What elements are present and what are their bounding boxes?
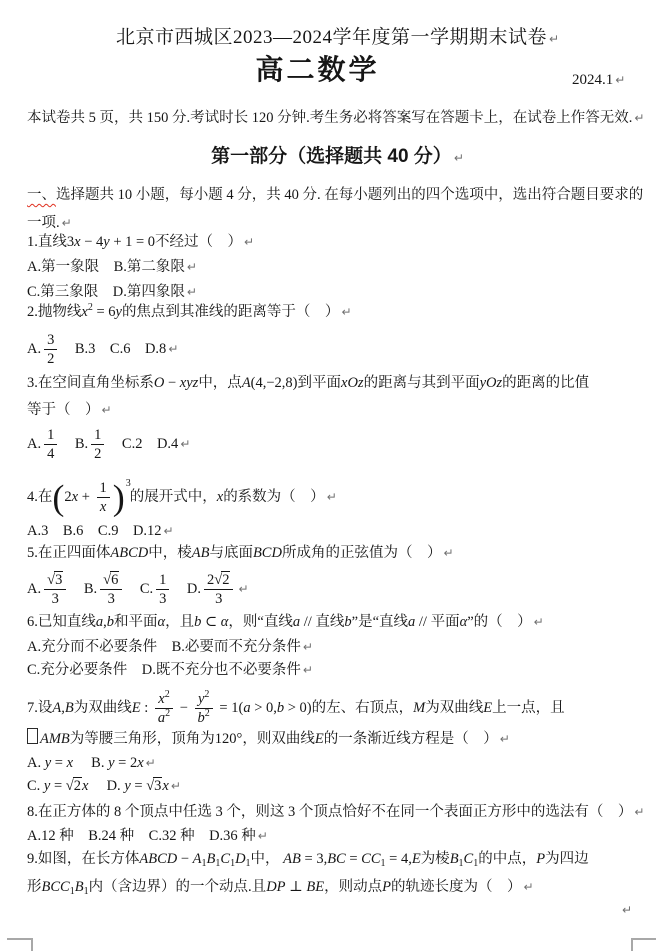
math-italic-run: A: [242, 375, 251, 391]
question-7-options-row-1: A. y = x B. y = 2x↵: [27, 751, 648, 775]
fraction-denominator: 3: [204, 589, 233, 607]
math-upright-run: B.3 C.6 D.8: [60, 341, 166, 357]
math-upright-run: 120°: [215, 731, 243, 747]
math-upright-run: 1: [100, 480, 107, 496]
math-upright-run: B.: [60, 436, 88, 452]
math-upright-run: = 4,: [386, 851, 412, 867]
math-upright-run: = 2: [115, 755, 138, 771]
fraction-denominator: 3: [156, 589, 169, 607]
math-italic-run: xyz: [180, 375, 199, 391]
math-italic-run: DP: [266, 879, 285, 895]
text-boundary-mark-bottom-right: [631, 938, 656, 951]
section-title-line: 第一部分（选择题共 40 分）↵: [27, 145, 648, 170]
text-run: 7.设: [27, 700, 52, 716]
paragraph-mark: ↵: [168, 342, 178, 356]
math-upright-run: 3: [52, 591, 59, 607]
square-root-expression: √3: [146, 777, 162, 794]
math-upright-run: C.: [125, 581, 153, 597]
math-upright-run: − 4: [81, 234, 104, 250]
math-italic-run: b: [107, 614, 114, 630]
math-italic-run: b: [344, 614, 351, 630]
math-upright-run: 3: [159, 591, 166, 607]
math-italic-run: AB: [192, 545, 210, 561]
exam-notice-line: 本试卷共 5 页，共 150 分.考试时长 120 分钟.考生务必将答案写在答题…: [27, 106, 648, 130]
math-upright-run: A.: [27, 436, 41, 452]
fraction-denominator: 2: [44, 349, 57, 367]
math-italic-run: BCC: [42, 879, 70, 895]
fraction-denominator: 3: [44, 589, 66, 607]
square-root-expression: √2: [214, 571, 230, 588]
exam-session-text: 北京市西城区2023—2024学年度第一学期期末试卷: [116, 27, 547, 48]
exam-paper-page: 北京市西城区2023—2024学年度第一学期期末试卷↵ 高二数学 2024.1↵…: [0, 0, 656, 951]
page-title: 高二数学: [27, 53, 608, 87]
math-upright-run: = 1(: [216, 700, 244, 716]
superscript: 2: [165, 708, 170, 719]
fraction: x2a2: [155, 691, 173, 726]
text-run: 和平面: [114, 614, 158, 630]
math-italic-run: BC: [327, 851, 346, 867]
math-upright-run: 3: [215, 591, 222, 607]
math-italic-run: α: [158, 614, 166, 630]
text-run: 6.已知直线: [27, 614, 96, 630]
paragraph-mark: ↵: [327, 490, 337, 504]
math-italic-run: A: [193, 851, 202, 867]
fraction-denominator: b2: [195, 708, 213, 726]
paragraph-mark: ↵: [238, 582, 248, 596]
text-run: ，则动点: [324, 879, 382, 895]
math-upright-run: =: [346, 851, 361, 867]
text-run: 3.在空间直角坐标系: [27, 375, 154, 391]
question-6-stem: 6.已知直线a,b和平面α，且b ⊂ α，则“直线a // 直线b”是“直线a …: [27, 610, 648, 634]
text-run: 为等腰三角形，顶角为: [70, 731, 215, 747]
math-italic-run: x: [100, 499, 106, 515]
paragraph-mark: ↵: [62, 216, 72, 230]
paragraph-mark: ↵: [164, 524, 174, 538]
text-run: A.第一象限 B.第二象限: [27, 259, 185, 275]
fraction-numerator: 3: [44, 332, 57, 349]
exponent: 3: [126, 478, 131, 489]
math-upright-run: B.: [73, 755, 108, 771]
math-upright-run: 2: [47, 351, 54, 367]
text-run: 8.在正方体的 8 个顶点中任选 3 个，则这 3 个顶点恰好不在同一个表面正方…: [27, 804, 632, 820]
paragraph-mark: ↵: [534, 615, 544, 629]
math-upright-run: > 0,: [251, 700, 277, 716]
paragraph-mark: ↵: [549, 32, 559, 46]
question-5-options: A.√33 B.√63 C.13 D.2√23↵: [27, 572, 648, 607]
math-upright-run: =: [50, 778, 65, 794]
math-upright-run: B.: [69, 581, 97, 597]
text-run: C.第三象限 D.第四象限: [27, 284, 185, 300]
math-italic-run: b: [198, 710, 205, 726]
question-1-stem: 1.直线3x − 4y + 1 = 0不经过（ ）↵: [27, 230, 648, 254]
text-run: 与底面: [209, 545, 253, 561]
question-8-stem: 8.在正方体的 8 个顶点中任选 3 个，则这 3 个顶点恰好不在同一个表面正方…: [27, 800, 648, 824]
text-run: 平面: [431, 614, 460, 630]
math-upright-run: ⊥: [286, 879, 307, 895]
text-run: ，则双曲线: [242, 731, 315, 747]
math-upright-run: 1: [47, 427, 54, 443]
math-italic-run: a: [293, 614, 300, 630]
text-run: 为四边: [545, 851, 589, 867]
superscript: 2: [205, 708, 210, 719]
text-run: 到平面: [298, 375, 342, 391]
paragraph-mark: ↵: [454, 151, 464, 165]
fraction-numerator: 2√2: [204, 572, 233, 589]
paragraph-mark: ↵: [634, 111, 644, 125]
math-upright-run: 3: [108, 591, 115, 607]
paragraph-mark: ↵: [634, 805, 644, 819]
text-run: A.充分而不必要条件 B.必要而不充分条件: [27, 639, 301, 655]
paragraph-mark: ↵: [258, 829, 268, 843]
text-run: 2.抛物线: [27, 304, 81, 320]
math-upright-run: D.: [88, 778, 124, 794]
exam-date-text: 2024.1: [572, 72, 613, 88]
fraction: 13: [156, 572, 169, 607]
radical-sign: √: [66, 778, 73, 794]
math-italic-run: AB: [283, 851, 301, 867]
question-6-options-row-2: C.充分必要条件 D.既不充分也不必要条件↵: [27, 658, 648, 682]
question-6-options-row-1: A.充分而不必要条件 B.必要而不充分条件↵: [27, 635, 648, 659]
fraction: y2b2: [195, 691, 213, 726]
text-run: 的中点，: [478, 851, 536, 867]
fraction-denominator: 4: [44, 444, 57, 462]
text-run: ，则“直线: [228, 614, 292, 630]
text-run: A.3 B.6 C.9 D.12: [27, 523, 162, 539]
math-italic-run: C: [464, 851, 474, 867]
math-upright-run: C.2 D.4: [107, 436, 178, 452]
math-italic-run: E: [132, 700, 141, 716]
radicand: 2: [221, 571, 230, 588]
math-italic-run: E: [315, 731, 324, 747]
math-italic-run: AMB: [40, 731, 70, 747]
fraction-denominator: 3: [100, 589, 122, 607]
math-upright-run: D.: [172, 581, 201, 597]
text-run: 等于（ ）: [27, 402, 100, 418]
text-run: 上一点，且: [492, 700, 565, 716]
text-run: 的轨迹长度为（ ）: [391, 879, 522, 895]
text-run: 中，棱: [148, 545, 192, 561]
fraction-numerator: 1: [97, 480, 110, 497]
exam-session-line: 北京市西城区2023—2024学年度第一学期期末试卷↵: [27, 26, 648, 51]
section-title-text: 第一部分（选择题共 40 分）: [211, 146, 452, 167]
text-run: 形: [27, 879, 42, 895]
exam-date-line: 2024.1↵: [572, 68, 625, 92]
math-upright-run: 2: [64, 489, 71, 505]
math-italic-run: yOz: [480, 375, 503, 391]
fraction-numerator: 1: [44, 427, 57, 444]
question-5-stem: 5.在正四面体ABCD中，棱AB与底面BCD所成角的正弦值为（ ）↵: [27, 541, 648, 565]
math-upright-run: +: [78, 489, 93, 505]
text-run: 的展开式中，: [130, 489, 217, 505]
fraction: √33: [44, 572, 66, 607]
math-italic-run: BE: [306, 879, 324, 895]
math-italic-run: E: [412, 851, 421, 867]
question-2-stem: 2.抛物线x2 = 6y的焦点到其准线的距离等于（ ）↵: [27, 300, 648, 324]
paragraph-mark: ↵: [180, 437, 190, 451]
paragraph-mark: ↵: [187, 260, 197, 274]
question-7-stem-line-2: AMB为等腰三角形，顶角为120°，则双曲线E的一条渐近线方程是（ ）↵: [27, 727, 648, 751]
instructions-line-1: 一、选择题共 10 小题，每小题 4 分，共 40 分. 在每小题列出的四个选项…: [27, 183, 648, 207]
fraction-numerator: √6: [100, 572, 122, 589]
math-upright-run: −: [176, 700, 191, 716]
math-upright-run: −: [164, 375, 179, 391]
math-upright-run: =: [51, 755, 66, 771]
math-italic-run: B: [75, 879, 84, 895]
text-run: 的距离与其到平面: [364, 375, 480, 391]
fraction: 1x: [97, 480, 110, 515]
fraction-numerator: x2: [155, 691, 173, 708]
question-3-stem-line-2: 等于（ ）↵: [27, 398, 648, 422]
math-upright-run: //: [415, 614, 430, 630]
math-upright-run: = 3,: [301, 851, 327, 867]
math-italic-run: O: [154, 375, 164, 391]
text-run: 4.在: [27, 489, 52, 505]
text-run: 为双曲线: [74, 700, 132, 716]
math-italic-run: BCD: [253, 545, 282, 561]
question-8-options: A.12 种 B.24 种 C.32 种 D.36 种↵: [27, 824, 648, 848]
question-4-stem: 4.在(2x + 1x)3的展开式中，x的系数为（ ）↵: [27, 480, 648, 515]
square-root-expression: √6: [103, 571, 119, 588]
text-run: 所成角的正弦值为（ ）: [282, 545, 442, 561]
paragraph-mark: ↵: [102, 403, 112, 417]
fraction-numerator: 1: [91, 427, 104, 444]
math-italic-run: xOz: [341, 375, 364, 391]
text-run: 的焦点到其准线的距离等于（ ）: [122, 304, 340, 320]
question-9-stem-line-2: 形BCC1B1内（含边界）的一个动点.且DP ⊥ BE，则动点P的轨迹长度为（ …: [27, 875, 648, 899]
math-upright-run: A.: [27, 581, 41, 597]
spellcheck-flagged-text: 一、: [27, 187, 56, 203]
math-italic-run: a: [243, 700, 250, 716]
text-run: 直线: [315, 614, 344, 630]
paragraph-mark: ↵: [146, 756, 156, 770]
math-italic-run: A,B: [52, 700, 73, 716]
math-italic-run: E: [483, 700, 492, 716]
math-upright-run: 3: [47, 332, 54, 348]
paragraph-mark: ↵: [341, 305, 351, 319]
math-italic-run: CC: [361, 851, 380, 867]
text-run: 内（含边界）的一个动点.且: [89, 879, 267, 895]
fraction: 14: [44, 427, 57, 462]
math-upright-run: + 1 = 0: [110, 234, 155, 250]
text-run: ，且: [165, 614, 194, 630]
math-upright-run: //: [300, 614, 315, 630]
paragraph-mark: ↵: [500, 732, 510, 746]
text-run: C.充分必要条件 D.既不充分也不必要条件: [27, 662, 301, 678]
paragraph-mark: ↵: [187, 285, 197, 299]
math-upright-run: 1: [159, 572, 166, 588]
exam-notice-text: 本试卷共 5 页，共 150 分.考试时长 120 分钟.考生务必将答案写在答题…: [27, 110, 632, 126]
math-italic-run: B: [450, 851, 459, 867]
math-upright-run: =: [131, 778, 146, 794]
paragraph-mark: ↵: [171, 779, 181, 793]
radicand: 2: [73, 777, 82, 794]
text-run: 的距离的比值: [502, 375, 589, 391]
square-root-expression: √2: [66, 777, 82, 794]
superscript: 2: [204, 689, 209, 700]
math-upright-run: ⊂: [201, 614, 220, 630]
text-run: 中，点: [198, 375, 242, 391]
paragraph-mark: ↵: [615, 73, 625, 87]
text-run: 为双曲线: [425, 700, 483, 716]
big-paren-close: ): [113, 478, 125, 518]
fraction: 12: [91, 427, 104, 462]
big-paren-open: (: [52, 478, 64, 518]
text-run: 的系数为（ ）: [223, 489, 325, 505]
math-italic-run: P: [536, 851, 545, 867]
math-upright-run: 1: [94, 427, 101, 443]
fraction: √63: [100, 572, 122, 607]
empty-paragraph-mark-line: ↵: [27, 898, 632, 922]
math-upright-run: A.: [27, 341, 41, 357]
superscript: 2: [165, 689, 170, 700]
math-upright-run: C.: [27, 778, 44, 794]
math-upright-run: A.: [27, 755, 45, 771]
square-root-expression: √3: [47, 571, 63, 588]
fraction: 32: [44, 332, 57, 367]
missing-glyph-box: [27, 728, 38, 744]
paragraph-mark: ↵: [303, 663, 313, 677]
fraction-numerator: y2: [195, 691, 213, 708]
math-upright-run: > 0): [284, 700, 312, 716]
math-italic-run: M: [413, 700, 425, 716]
question-9-stem-line-1: 9.如图，在长方体ABCD − A1B1C1D1中， AB = 3,BC = C…: [27, 847, 648, 871]
text-run: 一项.: [27, 215, 60, 231]
paragraph-mark: ↵: [244, 235, 254, 249]
text-run: 的左、右顶点，: [312, 700, 414, 716]
math-italic-run: x: [137, 755, 143, 771]
text-run: 的一条渐近线方程是（ ）: [324, 731, 498, 747]
text-run: 为棱: [421, 851, 450, 867]
radicand: 6: [110, 571, 119, 588]
question-7-stem-line-1: 7.设A,B为双曲线E : x2a2 − y2b2 = 1(a > 0,b > …: [27, 691, 648, 726]
fraction-denominator: 2: [91, 444, 104, 462]
math-upright-run: 2: [94, 446, 101, 462]
math-upright-run: = 6: [93, 304, 116, 320]
question-3-stem-line-1: 3.在空间直角坐标系O − xyz中，点A(4,−2,8)到平面xOz的距离与其…: [27, 371, 648, 395]
question-2-options: A.32 B.3 C.6 D.8↵: [27, 332, 648, 367]
math-italic-run: ABCD: [139, 851, 177, 867]
math-upright-run: −: [177, 851, 192, 867]
fraction-denominator: x: [97, 497, 110, 515]
radicand: 3: [54, 571, 63, 588]
math-italic-run: D: [235, 851, 245, 867]
fraction-numerator: 1: [156, 572, 169, 589]
math-upright-run: :: [141, 700, 152, 716]
math-upright-run: (4,−2,8): [251, 375, 298, 391]
text-run: 1.直线: [27, 234, 67, 250]
text-run: 中，: [251, 851, 284, 867]
text-run: 5.在正四面体: [27, 545, 110, 561]
text-run: ”是“直线: [352, 614, 408, 630]
text-run: 选择题共 10 小题，每小题 4 分，共 40 分. 在每小题列出的四个选项中，…: [56, 187, 643, 203]
math-italic-run: ABCD: [110, 545, 148, 561]
math-upright-run: 4: [47, 446, 54, 462]
fraction: 2√23: [204, 572, 233, 607]
text-run: 不经过（ ）: [155, 234, 242, 250]
question-7-options-row-2: C. y = √2x D. y = √3x↵: [27, 774, 648, 798]
text-run: A.12 种 B.24 种 C.32 种 D.36 种: [27, 828, 256, 844]
text-boundary-mark-bottom-left: [7, 938, 33, 951]
question-1-options-row-1: A.第一象限 B.第二象限↵: [27, 255, 648, 279]
paragraph-mark: ↵: [303, 640, 313, 654]
math-italic-run: P: [382, 879, 391, 895]
question-3-options: A.14 B.12 C.2 D.4↵: [27, 427, 648, 462]
math-italic-run: x: [162, 778, 168, 794]
paragraph-mark: ↵: [443, 546, 453, 560]
page-title-text: 高二数学: [255, 54, 379, 85]
math-italic-run: C: [220, 851, 230, 867]
paragraph-mark: ↵: [524, 880, 534, 894]
text-run: ”的（ ）: [467, 614, 531, 630]
fraction-denominator: a2: [155, 708, 173, 726]
fraction-numerator: √3: [44, 572, 66, 589]
question-4-options: A.3 B.6 C.9 D.12↵: [27, 519, 648, 543]
text-run: 9.如图，在长方体: [27, 851, 139, 867]
paragraph-mark: ↵: [622, 903, 632, 917]
